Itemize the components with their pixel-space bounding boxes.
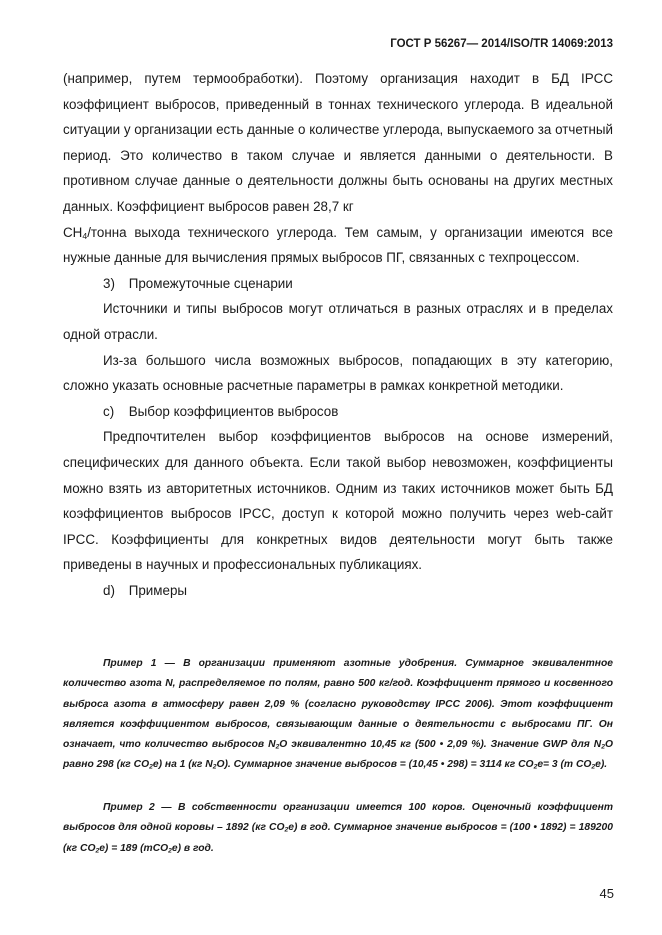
example-1-text: Пример 1 — В организации применяют азотн… bbox=[63, 654, 613, 776]
example-text: e= 3 (т CO bbox=[537, 759, 591, 770]
page-number: 45 bbox=[600, 886, 614, 901]
example-text: O). Суммарное значение выбросов = (10,45… bbox=[216, 759, 533, 770]
example-text: e) в год. bbox=[172, 843, 214, 854]
list-number: c) bbox=[103, 399, 125, 425]
paragraph-sources: Источники и типы выбросов могут отличать… bbox=[63, 296, 613, 347]
list-number: 3) bbox=[103, 271, 125, 297]
paragraph-text: (например, путем термообработки). Поэтом… bbox=[63, 71, 613, 214]
example-2: Пример 2 — В собственности организации и… bbox=[63, 798, 613, 859]
example-1: Пример 1 — В организации применяют азотн… bbox=[63, 654, 613, 776]
document-header: ГОСТ Р 56267— 2014/ISO/TR 14069:2013 bbox=[390, 38, 613, 50]
main-text: (например, путем термообработки). Поэтом… bbox=[63, 66, 613, 603]
list-label: Примеры bbox=[129, 583, 187, 598]
paragraph-coefficients: Предпочтителен выбор коэффициентов выбро… bbox=[63, 424, 613, 578]
paragraph-carbon-black: (например, путем термообработки). Поэтом… bbox=[63, 66, 613, 271]
list-item-d: d) Примеры bbox=[63, 578, 613, 604]
example-2-text: Пример 2 — В собственности организации и… bbox=[63, 798, 613, 859]
example-text: e) = 189 (тCO bbox=[99, 843, 168, 854]
formula-ch: CH bbox=[63, 225, 82, 240]
paragraph-parameters: Из-за большого числа возможных выбросов,… bbox=[63, 348, 613, 399]
example-text: e) на 1 (кг N bbox=[153, 759, 213, 770]
example-text: O эквивалентно 10,45 кг (500 • 2,09 %). … bbox=[279, 739, 601, 750]
example-text: Пример 1 — В организации применяют азотн… bbox=[63, 658, 613, 750]
list-item-3: 3) Промежуточные сценарии bbox=[63, 271, 613, 297]
list-number: d) bbox=[103, 578, 125, 604]
list-label: Выбор коэффициентов выбросов bbox=[129, 404, 339, 419]
list-item-c: c) Выбор коэффициентов выбросов bbox=[63, 399, 613, 425]
list-label: Промежуточные сценарии bbox=[129, 276, 293, 291]
paragraph-text: /тонна выхода технического углерода. Тем… bbox=[63, 225, 613, 266]
example-text: e). bbox=[595, 759, 607, 770]
